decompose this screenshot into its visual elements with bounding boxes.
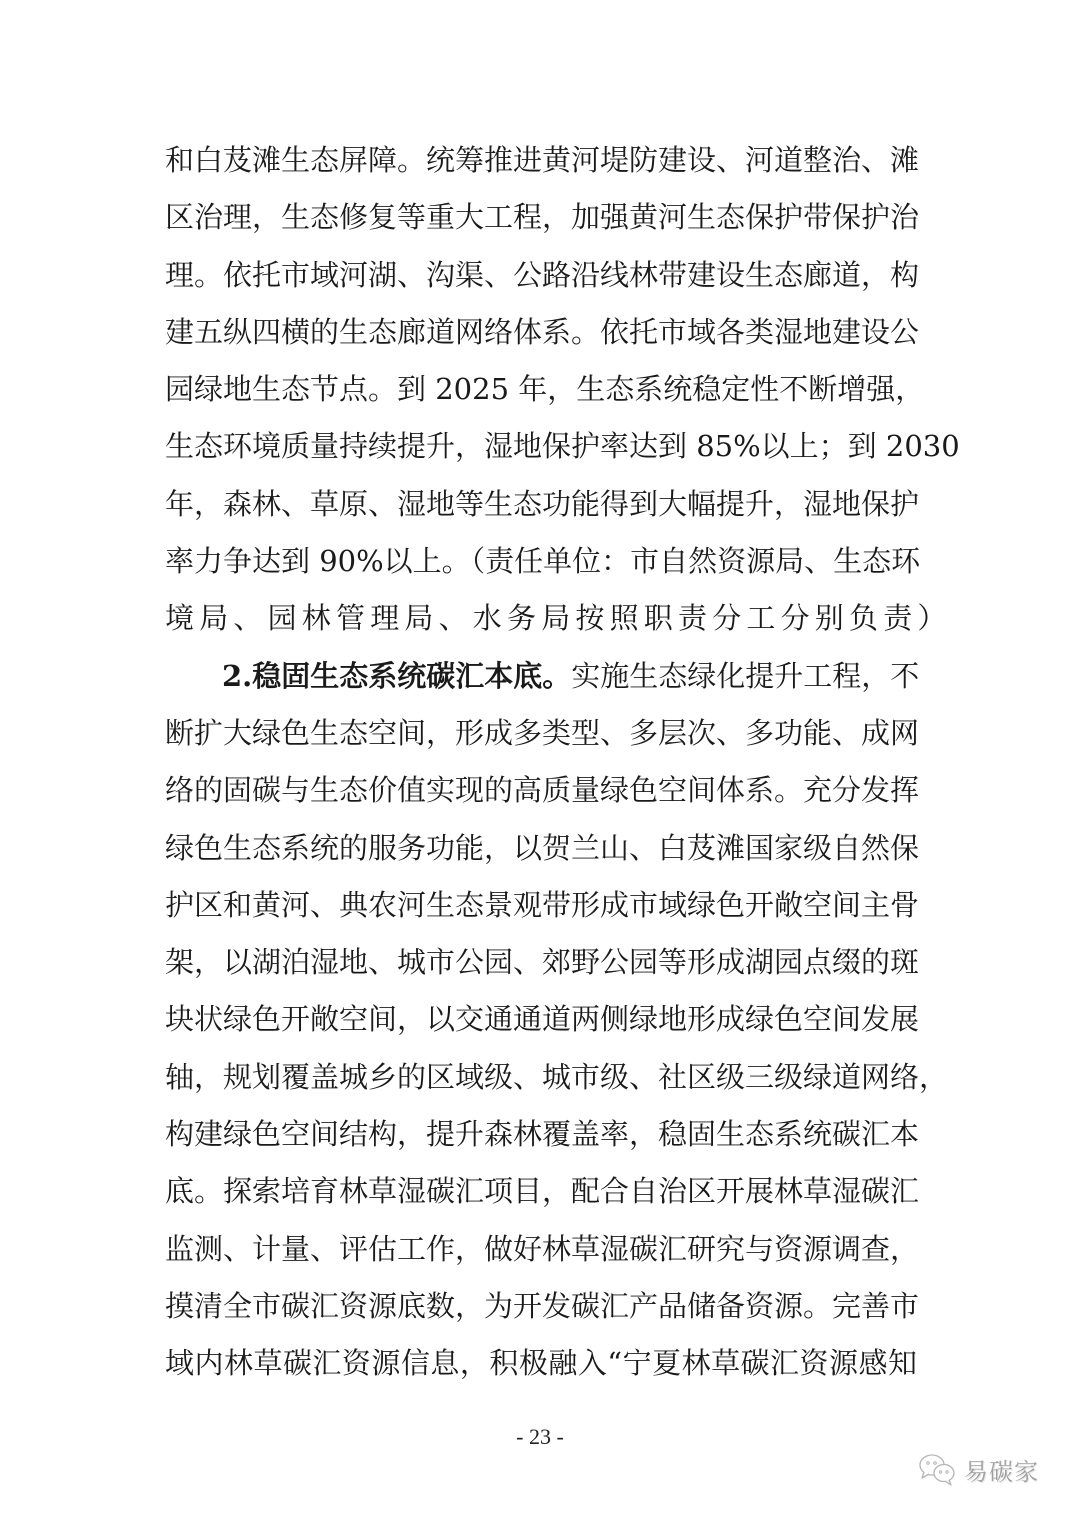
text-line: 率力争达到 90%以上。（责任单位：市自然资源局、生态环 [165,533,917,590]
section-heading: 2.稳固生态系统碳汇本底。 [222,659,571,693]
text-line: 生态环境质量持续提升，湿地保护率达到 85%以上；到 2030 [165,418,917,475]
text-line: 绿色生态系统的服务功能，以贺兰山、白芨滩国家级自然保 [165,820,917,877]
text-line: 络的固碳与生态价值实现的高质量绿色空间体系。充分发挥 [165,762,917,819]
text-line: 境局、园林管理局、水务局按照职责分工分别负责） [165,590,917,647]
section-2-lead: 实施生态绿化提升工程，不 [571,659,919,693]
text-line: 和白芨滩生态屏障。统筹推进黄河堤防建设、河道整治、滩 [165,132,917,189]
text-line: 块状绿色开敞空间，以交通通道两侧绿地形成绿色空间发展 [165,991,917,1048]
text-line: 架，以湖泊湿地、城市公园、郊野公园等形成湖园点缀的斑 [165,934,917,991]
text-line: 构建绿色空间结构，提升森林覆盖率，稳固生态系统碳汇本 [165,1106,917,1163]
wechat-icon [918,1453,958,1487]
text-line: 断扩大绿色生态空间，形成多类型、多层次、多功能、成网 [165,705,917,762]
watermark-label: 易碳家 [964,1452,1039,1487]
text-line: 轴，规划覆盖城乡的区域级、城市级、社区级三级绿道网络， [165,1049,917,1106]
text-line: 护区和黄河、典农河生态景观带形成市域绿色开敞空间主骨 [165,877,917,934]
text-line: 区治理，生态修复等重大工程，加强黄河生态保护带保护治 [165,189,917,246]
text-line: 建五纵四横的生态廊道网络体系。依托市域各类湿地建设公 [165,304,917,361]
document-page: 和白芨滩生态屏障。统筹推进黄河堤防建设、河道整治、滩 区治理，生态修复等重大工程… [0,0,1080,1526]
page-number: - 23 - [0,1424,1080,1450]
text-line: 监测、计量、评估工作，做好林草湿碳汇研究与资源调查， [165,1221,917,1278]
text-line: 理。依托市域河湖、沟渠、公路沿线林带建设生态廊道，构 [165,247,917,304]
text-line: 摸清全市碳汇资源底数，为开发碳汇产品储备资源。完善市 [165,1278,917,1335]
body-text: 和白芨滩生态屏障。统筹推进黄河堤防建设、河道整治、滩 区治理，生态修复等重大工程… [165,132,917,1393]
text-line: 年，森林、草原、湿地等生态功能得到大幅提升，湿地保护 [165,476,917,533]
text-line: 园绿地生态节点。到 2025 年，生态系统稳定性不断增强， [165,361,917,418]
text-line: 底。探索培育林草湿碳汇项目，配合自治区开展林草湿碳汇 [165,1163,917,1220]
section-2-first-line: 2.稳固生态系统碳汇本底。实施生态绿化提升工程，不 [165,648,917,705]
watermark: 易碳家 [918,1452,1039,1487]
text-line: 域内林草碳汇资源信息，积极融入“宁夏林草碳汇资源感知 [165,1335,917,1392]
